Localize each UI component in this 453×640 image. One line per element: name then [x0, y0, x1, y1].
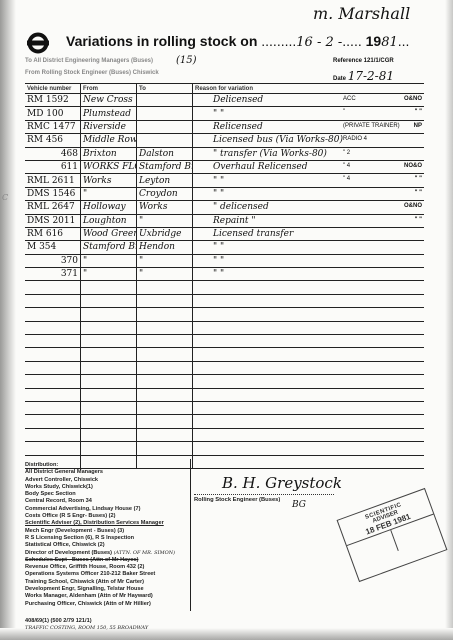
document-page: m. Marshall Variations in rolling stock …	[0, 0, 453, 640]
signature-role: Rolling Stock Engineer (Buses)	[194, 497, 280, 503]
title-date-hand: 16 - 2 -	[296, 35, 342, 50]
table-header-row: Vehicle number From To Reason for variat…	[25, 84, 424, 94]
table-row	[25, 428, 424, 441]
reason-text	[195, 296, 213, 306]
scan-edge-right	[445, 0, 453, 640]
vehicle-number: RML 2647	[25, 201, 81, 214]
form-number-block: 408/69(1) (500 2/79 121/1) TRAFFIC COSTI…	[25, 618, 148, 632]
vehicle-number	[25, 335, 81, 348]
from-location: Brixton	[81, 147, 137, 160]
from-location: Stamford Brook	[81, 241, 137, 254]
vehicle-number: 468	[25, 147, 81, 160]
to-location	[137, 107, 193, 120]
director-annotation: (ATTN. OF MR. SIMON)	[114, 550, 175, 556]
vehicle-number: DMS 2011	[25, 214, 81, 227]
from-location	[81, 294, 137, 307]
reason-note: " 4	[343, 163, 350, 169]
reason-text: Repaint "	[195, 216, 256, 226]
reason-note: " 2	[343, 150, 350, 156]
to-location	[137, 428, 193, 441]
reason-cell	[193, 455, 425, 468]
reason-text	[195, 363, 213, 373]
vehicle-number: DMS 1546	[25, 187, 81, 200]
table-row: RM 456Middle RowLicensed bus (Via Works-…	[25, 134, 424, 147]
table-row: RM 1592New CrossDelicensedACCO&NO	[25, 94, 424, 107]
from-location	[81, 428, 137, 441]
margin-note: C	[2, 193, 8, 202]
distribution-item: Works Manager, Aldenham (Attn of Mr Hayw…	[25, 593, 175, 600]
from-location: "	[81, 254, 137, 267]
reason-text	[195, 457, 213, 467]
form-number: 408/69(1) (500 2/79 121/1)	[25, 618, 148, 625]
to-location	[137, 281, 193, 294]
scan-shadow-left	[0, 0, 16, 640]
distribution-item: All District General Managers	[25, 469, 175, 476]
to-location: "	[137, 214, 193, 227]
signature-line	[194, 494, 334, 495]
distribution-item: Costs Office (R S Engr- Buses) (2)	[25, 513, 175, 520]
reason-text: Overhaul Relicensed	[195, 162, 308, 172]
to-location: Uxbridge	[137, 227, 193, 240]
reason-cell: " "	[193, 254, 425, 267]
distribution-item: Central Record, Room 34	[25, 498, 175, 505]
reason-cell	[193, 428, 425, 441]
to-location	[137, 401, 193, 414]
reason-text	[195, 403, 213, 413]
from-location	[81, 375, 137, 388]
distribution-item: Works Study, Chiswick(1)	[25, 484, 175, 491]
reason-note: " 4	[343, 176, 350, 182]
table-row	[25, 281, 424, 294]
vehicle-number	[25, 348, 81, 361]
table-row: 468BrixtonDalston" transfer (Via Works-8…	[25, 147, 424, 160]
reason-cell: Repaint "" "	[193, 214, 425, 227]
from-location: Wood Green	[81, 227, 137, 240]
table-row	[25, 375, 424, 388]
received-stamp: SCIENTIFIC ADVISER 18 FEB 1981	[337, 488, 448, 582]
vehicle-number: RMC 1477	[25, 120, 81, 133]
reason-text	[195, 350, 213, 360]
reason-cell	[193, 335, 425, 348]
to-location	[137, 294, 193, 307]
reason-text	[195, 430, 213, 440]
from-location: "	[81, 187, 137, 200]
table-row	[25, 401, 424, 414]
status-code: O&NO	[404, 203, 422, 209]
vehicle-number	[25, 375, 81, 388]
reason-cell	[193, 294, 425, 307]
table-row: RM 616Wood GreenUxbridgeLicensed transfe…	[25, 227, 424, 240]
table-row: MD 100Plumstead" """ "	[25, 107, 424, 120]
handwritten-recipient: m. Marshall	[313, 4, 410, 23]
table-row	[25, 442, 424, 455]
reason-note: ACC	[343, 96, 356, 102]
distribution-item: Mech Engr (Development - Buses) (3)	[25, 528, 175, 535]
from-location	[81, 361, 137, 374]
reason-cell: " "" 4" "	[193, 174, 425, 187]
vehicle-number	[25, 428, 81, 441]
col-from: From	[81, 84, 137, 94]
table-body: RM 1592New CrossDelicensedACCO&NOMD 100P…	[25, 94, 424, 469]
vehicle-number: MD 100	[25, 107, 81, 120]
table-row	[25, 308, 424, 321]
col-reason: Reason for variation	[193, 84, 425, 94]
reason-cell	[193, 442, 425, 455]
reason-text: Delicensed	[195, 95, 263, 105]
to-location	[137, 120, 193, 133]
reason-cell	[193, 415, 425, 428]
to-location	[137, 388, 193, 401]
date-field: Date 17-2-81	[333, 69, 394, 83]
reason-text: " "	[195, 242, 224, 252]
reason-cell: Licensed bus (Via Works-80)RADIO 4	[193, 134, 425, 147]
count-note: (15)	[176, 55, 197, 66]
table-row: 370""" "	[25, 254, 424, 267]
reason-cell: " """ "	[193, 107, 425, 120]
table-row: M 354Stamford BrookHendon" "	[25, 241, 424, 254]
distribution-item: R S Licensing Section (6), R S Inspectio…	[25, 535, 175, 542]
to-location	[137, 308, 193, 321]
distribution-item: Training School, Chiswick (Attn of Mr Ca…	[25, 579, 175, 586]
from-location: Loughton	[81, 214, 137, 227]
reason-text	[195, 309, 213, 319]
to-location	[137, 348, 193, 361]
reason-cell: " "	[193, 268, 425, 281]
from-location	[81, 335, 137, 348]
vehicle-number: 370	[25, 254, 81, 267]
distribution-item: Advert Controller, Chiswick	[25, 477, 175, 484]
vehicle-number: RM 616	[25, 227, 81, 240]
table-row	[25, 294, 424, 307]
reason-cell: Licensed transfer	[193, 227, 425, 240]
reason-text: " "	[195, 269, 224, 279]
reason-cell	[193, 361, 425, 374]
vehicle-number: RML 2611	[25, 174, 81, 187]
from-location: WORKS FLOAT	[81, 160, 137, 173]
table-row	[25, 321, 424, 334]
reason-cell: " transfer (Via Works-80)" 2	[193, 147, 425, 160]
vehicle-number: RM 1592	[25, 94, 81, 107]
from-location: Plumstead	[81, 107, 137, 120]
reason-text	[195, 390, 213, 400]
to-location	[137, 375, 193, 388]
reason-cell	[193, 321, 425, 334]
from-location	[81, 442, 137, 455]
table-row: 371""" "	[25, 268, 424, 281]
from-location: New Cross	[81, 94, 137, 107]
distribution-list: Distribution: All District General Manag…	[25, 462, 175, 608]
distribution-item: Director of Development (Buses) (ATTN. O…	[25, 550, 175, 557]
reason-text	[195, 443, 213, 453]
from-location	[81, 401, 137, 414]
status-code: NO&O	[404, 163, 422, 169]
vehicle-number	[25, 401, 81, 414]
status-code: NP	[414, 123, 422, 129]
distribution-item: Scientific Adviser (2), Distribution Ser…	[25, 520, 175, 527]
handwritten-addition: TRAFFIC COSTING, ROOM 150, 55 BROADWAY	[25, 625, 148, 632]
to-location	[137, 415, 193, 428]
table-row: RML 2647HollowayWorks" delicensedO&NO	[25, 201, 424, 214]
variations-table: Vehicle number From To Reason for variat…	[25, 83, 424, 469]
to-location: "	[137, 268, 193, 281]
table-row: DMS 1546"Croydon" "" "	[25, 187, 424, 200]
table-row	[25, 361, 424, 374]
status-code: " "	[415, 217, 422, 223]
london-transport-roundel-icon	[27, 32, 49, 54]
reason-text	[195, 283, 213, 293]
divider-line	[190, 459, 191, 611]
reason-text: " delicensed	[195, 202, 269, 212]
distribution-item: Operations Systems Officer 210-212 Baker…	[25, 571, 175, 578]
from-location	[81, 388, 137, 401]
reason-text: " transfer (Via Works-80)	[195, 149, 327, 159]
vehicle-number	[25, 442, 81, 455]
vehicle-number: 611	[25, 160, 81, 173]
reason-text: Licensed bus (Via Works-80)	[195, 135, 343, 145]
reason-text	[195, 417, 213, 427]
from-location	[81, 415, 137, 428]
to-location	[137, 442, 193, 455]
distribution-item-struck: Schedules Supt - Buses (Attn of Mr Hayes…	[25, 557, 175, 564]
reason-cell	[193, 401, 425, 414]
table-row	[25, 335, 424, 348]
title-year-printed: 19	[366, 33, 382, 49]
reason-cell: DelicensedACCO&NO	[193, 94, 425, 107]
to-line: To All District Engineering Managers (Bu…	[25, 58, 153, 64]
distribution-item: Statistical Office, Chiswick (2)	[25, 542, 175, 549]
reason-text	[195, 376, 213, 386]
to-location	[137, 94, 193, 107]
col-to: To	[137, 84, 193, 94]
reason-note: RADIO 4	[343, 136, 367, 142]
reason-note: (PRIVATE TRAINER)	[343, 123, 400, 129]
vehicle-number	[25, 294, 81, 307]
from-location: "	[81, 268, 137, 281]
distribution-item: Purchasing Officer, Chiswick (Attn of Mr…	[25, 601, 175, 608]
reason-text	[195, 323, 213, 333]
col-vehicle-number: Vehicle number	[25, 84, 81, 94]
status-code: " "	[415, 190, 422, 196]
to-location	[137, 134, 193, 147]
reason-cell: " "	[193, 241, 425, 254]
signature-initials: BG	[292, 500, 306, 510]
reason-cell	[193, 375, 425, 388]
table-row: 611WORKS FLOATStamford BrookOverhaul Rel…	[25, 160, 424, 173]
reason-cell: " "" "	[193, 187, 425, 200]
vehicle-number: RM 456	[25, 134, 81, 147]
status-code: " "	[415, 109, 422, 115]
document-title: Variations in rolling stock on .........…	[66, 33, 409, 50]
reason-cell	[193, 388, 425, 401]
from-location	[81, 321, 137, 334]
table-row: RMC 1477RiversideRelicensed(PRIVATE TRAI…	[25, 120, 424, 133]
from-location	[81, 308, 137, 321]
title-year-hand: 81	[381, 35, 398, 50]
to-location: Hendon	[137, 241, 193, 254]
table-row	[25, 348, 424, 361]
reason-text: " "	[195, 256, 224, 266]
date-value: 17-2-81	[348, 69, 394, 83]
to-location	[137, 335, 193, 348]
distribution-heading: Distribution:	[25, 462, 175, 469]
vehicle-number	[25, 281, 81, 294]
from-line: From Rolling Stock Engineer (Buses) Chis…	[25, 70, 159, 76]
from-location	[81, 348, 137, 361]
signature: B. H. Greystock	[222, 474, 342, 492]
distribution-item: Revenue Office, Griffith House, Room 432…	[25, 564, 175, 571]
vehicle-number	[25, 388, 81, 401]
title-prefix: Variations in rolling stock on	[66, 33, 257, 49]
table-row	[25, 415, 424, 428]
from-location: Works	[81, 174, 137, 187]
reason-cell: Overhaul Relicensed" 4NO&O	[193, 160, 425, 173]
reason-cell	[193, 281, 425, 294]
reason-cell	[193, 308, 425, 321]
reason-text: " "	[195, 189, 224, 199]
reason-text: " "	[195, 109, 224, 119]
vehicle-number	[25, 308, 81, 321]
reason-text	[195, 336, 213, 346]
to-location: Leyton	[137, 174, 193, 187]
reason-text: " "	[195, 176, 224, 186]
vehicle-number: M 354	[25, 241, 81, 254]
reason-text: Relicensed	[195, 122, 263, 132]
reason-note: "	[343, 109, 345, 115]
status-code: O&NO	[404, 96, 422, 102]
to-location: Stamford Brook	[137, 160, 193, 173]
reason-cell: Relicensed(PRIVATE TRAINER)NP	[193, 120, 425, 133]
table-row: DMS 2011Loughton"Repaint "" "	[25, 214, 424, 227]
reason-cell: " delicensedO&NO	[193, 201, 425, 214]
table-row: RML 2611WorksLeyton" "" 4" "	[25, 174, 424, 187]
from-location	[81, 281, 137, 294]
vehicle-number	[25, 361, 81, 374]
to-location: Croydon	[137, 187, 193, 200]
vehicle-number	[25, 415, 81, 428]
to-location: "	[137, 254, 193, 267]
from-location: Riverside	[81, 120, 137, 133]
status-code: " "	[415, 176, 422, 182]
distribution-item: Body Spec Section	[25, 491, 175, 498]
reference: Reference 121/1/CGR	[333, 58, 394, 64]
to-location: Works	[137, 201, 193, 214]
table-row	[25, 388, 424, 401]
reason-cell	[193, 348, 425, 361]
from-location: Middle Row	[81, 134, 137, 147]
distribution-item: Commercial Advertising, Lindsay House (7…	[25, 506, 175, 513]
vehicle-number: 371	[25, 268, 81, 281]
from-location: Holloway	[81, 201, 137, 214]
vehicle-number	[25, 321, 81, 334]
to-location	[137, 321, 193, 334]
to-location	[137, 361, 193, 374]
to-location: Dalston	[137, 147, 193, 160]
distribution-item: Development Engr, Signalling, Telstar Ho…	[25, 586, 175, 593]
reason-text: Licensed transfer	[195, 229, 293, 239]
